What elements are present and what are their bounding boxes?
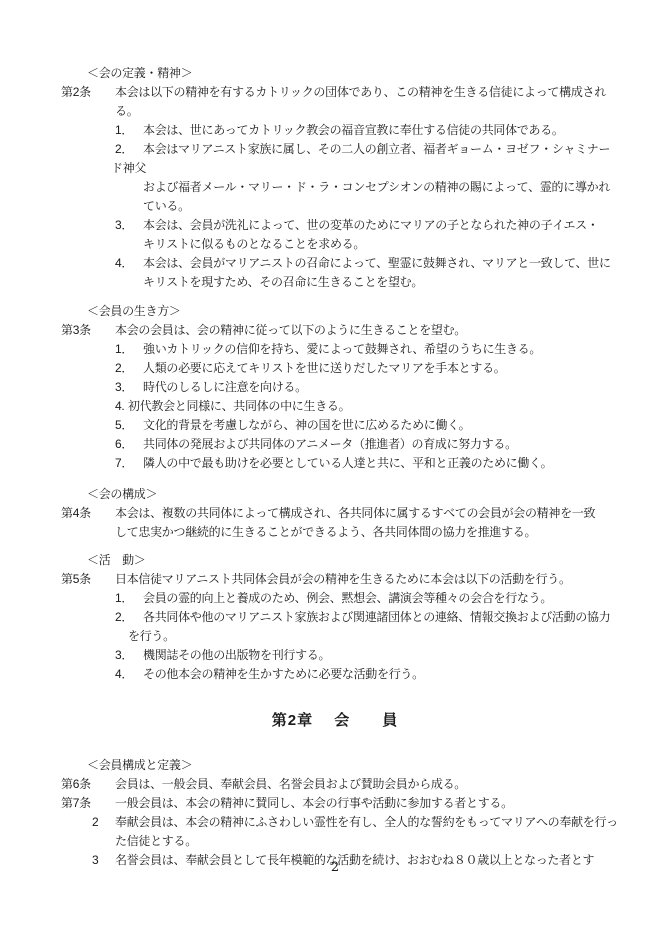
article-line: 第2条本会は以下の精神を有するカトリックの団体であり、この精神を生きる信徒によっ…: [0, 83, 670, 102]
line-text: 日本信徒マリアニスト共同体会員が会の精神を生きるために本会は以下の活動を行う。: [115, 572, 571, 586]
sub-paragraph-continuation: た信徒とする。: [0, 832, 670, 851]
line-label: 第4条: [61, 504, 115, 523]
chapter-heading: 第2章 会 員: [0, 710, 670, 731]
line-text: 本会は、世にあってカトリック教会の福音宣教に奉仕する信徒の共同体である。: [143, 123, 564, 137]
list-item: 2．各共同体や他のマリアニスト家族および関連諸団体との連絡、情報交換および活動の…: [0, 608, 670, 627]
line-text: 時代のしるしに注意を向ける。: [143, 380, 307, 394]
article-continuation: る。: [0, 102, 670, 121]
list-item-continuation: ている。: [0, 197, 670, 216]
line-text: 本会は、会員がマリアニストの召命によって、聖霊に鼓舞され、マリアと一致して、世に: [143, 256, 611, 270]
list-item: 5．文化的背景を考慮しながら、神の国を世に広めるために働く。: [0, 416, 670, 435]
list-item-continuation: ド神父: [0, 159, 670, 178]
line-text: 第2章 会 員: [272, 712, 399, 729]
line-text: ＜会員構成と定義＞: [87, 758, 192, 772]
list-item: 4．その他本会の精神を生かすために必要な活動を行う。: [0, 665, 670, 684]
line-text: 人類の必要に応えてキリストを世に送りだしたマリアを手本とする。: [143, 361, 505, 375]
list-item: 6．共同体の発展および共同体のアニメータ（推進者）の育成に努力する。: [0, 435, 670, 454]
list-item: 3．時代のしるしに注意を向ける。: [0, 378, 670, 397]
line-text: る。: [115, 104, 138, 118]
line-label: 第5条: [61, 570, 115, 589]
line-text: 奉献会員は、本会の精神にふさわしい霊性を有し、全人的な誓約をもってマリアへの奉献…: [115, 815, 618, 829]
line-label: 第2条: [61, 83, 115, 102]
line-text: 強いカトリックの信仰を持ち、愛によって鼓舞され、希望のうちに生きる。: [143, 342, 541, 356]
line-text: ＜会員の生き方＞: [87, 304, 181, 318]
line-text: 機関誌その他の出版物を刊行する。: [143, 648, 330, 662]
section-heading: ＜活 動＞: [0, 551, 670, 570]
line-text: 本会は、会員が洗礼によって、世の変革のためにマリアの子となられた神の子イエス・: [143, 218, 599, 232]
line-text: ＜活 動＞: [87, 553, 146, 567]
list-item: 1．会員の霊的向上と養成のため、例会、黙想会、講演会等種々の会合を行なう。: [0, 589, 670, 608]
list-item: 3．機関誌その他の出版物を刊行する。: [0, 646, 670, 665]
line-label: 3．: [115, 378, 143, 397]
line-label: 第7条: [61, 794, 115, 813]
line-text: ド神父: [111, 161, 146, 175]
article-continuation: して忠実かつ継続的に生きることができるよう、各共同体間の協力を推進する。: [0, 523, 670, 542]
line-label: 2．: [115, 140, 143, 159]
line-label: 2．: [115, 359, 143, 378]
line-text: 初代教会と同様に、共同体の中に生きる。: [128, 399, 350, 413]
line-text: 会員は、一般会員、奉献会員、名誉会員および賛助会員から成る。: [115, 777, 466, 791]
line-text: を行う。: [128, 629, 175, 643]
list-item-continuation: キリストを現すため、その召命に生きることを望む。: [0, 273, 670, 292]
line-label: 3．: [115, 216, 143, 235]
article-line: 第3条本会の会員は、会の精神に従って以下のように生きることを望む。: [0, 321, 670, 340]
document-page: ＜会の定義・精神＞第2条本会は以下の精神を有するカトリックの団体であり、この精神…: [0, 0, 670, 948]
line-label: 1．: [115, 589, 143, 608]
line-text: 隣人の中で最も助けを必要としている人達と共に、平和と正義のために働く。: [143, 456, 552, 470]
document-body: ＜会の定義・精神＞第2条本会は以下の精神を有するカトリックの団体であり、この精神…: [0, 64, 670, 870]
line-text: 各共同体や他のマリアニスト家族および関連諸団体との連絡、情報交換および活動の協力: [143, 610, 610, 624]
list-item: 3．本会は、会員が洗礼によって、世の変革のためにマリアの子となられた神の子イエス…: [0, 216, 670, 235]
line-label: 第6条: [61, 775, 115, 794]
line-text: 一般会員は、本会の精神に賛同し、本会の行事や活動に参加する者とする。: [115, 796, 513, 810]
list-item: 4．本会は、会員がマリアニストの召命によって、聖霊に鼓舞され、マリアと一致して、…: [0, 254, 670, 273]
list-item: 1．本会は、世にあってカトリック教会の福音宣教に奉仕する信徒の共同体である。: [0, 121, 670, 140]
list-item-continuation: および福者メール・マリー・ド・ラ・コンセプシオンの精神の賜によって、霊的に導かれ: [0, 178, 670, 197]
line-text: 本会の会員は、会の精神に従って以下のように生きることを望む。: [115, 323, 466, 337]
line-text: および福者メール・マリー・ド・ラ・コンセプシオンの精神の賜によって、霊的に導かれ: [143, 180, 610, 194]
line-label: 2: [92, 813, 115, 832]
line-text: して忠実かつ継続的に生きることができるよう、各共同体間の協力を推進する。: [115, 525, 536, 539]
line-text: ＜会の定義・精神＞: [87, 66, 192, 80]
section-heading: ＜会員構成と定義＞: [0, 756, 670, 775]
line-text: た信徒とする。: [115, 834, 197, 848]
line-text: キリストに似るものとなることを求める。: [143, 237, 365, 251]
line-label: 1．: [115, 340, 143, 359]
list-item: 4.初代教会と同様に、共同体の中に生きる。: [0, 397, 670, 416]
line-label: 4．: [115, 254, 143, 273]
article-line: 第4条本会は、複数の共同体によって構成され、各共同体に属するすべての会員が会の精…: [0, 504, 670, 523]
line-text: 文化的背景を考慮しながら、神の国を世に広めるために働く。: [143, 418, 470, 432]
line-label: 7．: [115, 454, 143, 473]
line-text: 本会は、複数の共同体によって構成され、各共同体に属するすべての会員が会の精神を一…: [115, 506, 595, 520]
section-heading: ＜会の定義・精神＞: [0, 64, 670, 83]
line-text: キリストを現すため、その召命に生きることを望む。: [143, 275, 423, 289]
article-line: 第5条日本信徒マリアニスト共同体会員が会の精神を生きるために本会は以下の活動を行…: [0, 570, 670, 589]
list-item: 7．隣人の中で最も助けを必要としている人達と共に、平和と正義のために働く。: [0, 454, 670, 473]
line-text: ている。: [143, 199, 190, 213]
line-text: その他本会の精神を生かすために必要な活動を行う。: [143, 667, 424, 681]
line-label: 4.: [115, 397, 128, 416]
section-heading: ＜会の構成＞: [0, 485, 670, 504]
line-label: 2．: [115, 608, 143, 627]
line-text: 本会はマリアニスト家族に属し、その二人の創立者、福者ギョーム・ヨゼフ・シャミナー: [143, 142, 610, 156]
sub-paragraph: 2奉献会員は、本会の精神にふさわしい霊性を有し、全人的な誓約をもってマリアへの奉…: [0, 813, 670, 832]
line-label: 6．: [115, 435, 143, 454]
section-heading: ＜会員の生き方＞: [0, 302, 670, 321]
line-text: 会員の霊的向上と養成のため、例会、黙想会、講演会等種々の会合を行なう。: [143, 591, 552, 605]
line-label: 第3条: [61, 321, 115, 340]
line-label: 3．: [115, 646, 143, 665]
list-item-continuation: キリストに似るものとなることを求める。: [0, 235, 670, 254]
line-text: ＜会の構成＞: [87, 487, 157, 501]
line-label: 1．: [115, 121, 143, 140]
list-item: 2．人類の必要に応えてキリストを世に送りだしたマリアを手本とする。: [0, 359, 670, 378]
article-line: 第7条一般会員は、本会の精神に賛同し、本会の行事や活動に参加する者とする。: [0, 794, 670, 813]
line-text: 本会は以下の精神を有するカトリックの団体であり、この精神を生きる信徒によって構成…: [115, 85, 606, 99]
page-number: 2: [0, 860, 670, 875]
list-item: 2．本会はマリアニスト家族に属し、その二人の創立者、福者ギョーム・ヨゼフ・シャミ…: [0, 140, 670, 159]
line-label: 5．: [115, 416, 143, 435]
line-text: 共同体の発展および共同体のアニメータ（推進者）の育成に努力する。: [143, 437, 517, 451]
list-item: 1．強いカトリックの信仰を持ち、愛によって鼓舞され、希望のうちに生きる。: [0, 340, 670, 359]
article-line: 第6条会員は、一般会員、奉献会員、名誉会員および賛助会員から成る。: [0, 775, 670, 794]
line-label: 4．: [115, 665, 143, 684]
list-item-continuation: を行う。: [0, 627, 670, 646]
